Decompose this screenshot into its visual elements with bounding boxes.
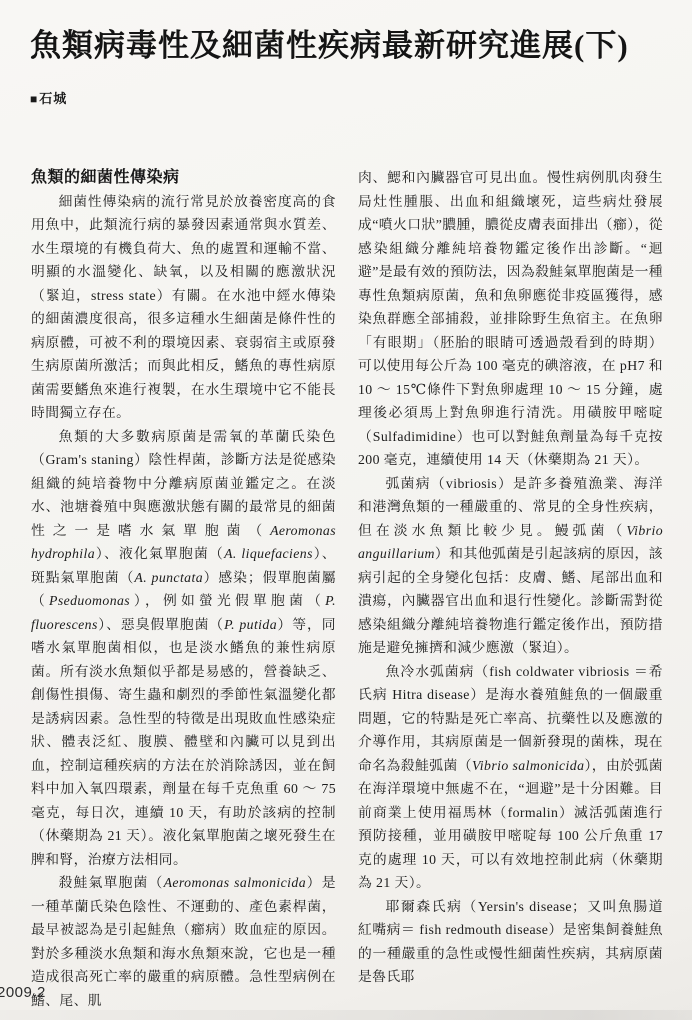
author-byline: ■石城 <box>30 88 67 107</box>
text-run: 肉、鰓和內臟器官可見出血。慢性病例肌肉發生局灶性腫脹、出血和組織壞死，這些病灶發… <box>358 170 663 467</box>
paragraph: 弧菌病（vibriosis）是許多養殖漁業、海洋和港灣魚類的一種嚴重的、常見的全… <box>358 472 663 660</box>
text-run: ）和其他弧菌是引起該病的原因，該病引起的全身變化包括：皮膚、鰭、尾部出血和潰瘍，… <box>358 546 663 655</box>
species-name-italic: Aeromonas salmonicida <box>164 875 306 890</box>
text-run: ），例如螢光假單胞菌（ <box>130 593 325 608</box>
text-run: 魚類的大多數病原菌是需氧的革蘭氏染色（Gram's staning）陰性桿菌，診… <box>31 429 336 538</box>
text-run: 殺鮭氣單胞菌（ <box>59 875 164 890</box>
right-column: 肉、鰓和內臟器官可見出血。慢性病例肌肉發生局灶性腫脹、出血和組織壞死，這些病灶發… <box>358 166 663 1012</box>
text-run: ），由於弧菌在海洋環境中無處不在，“迴避”是十分困難。目前商業上使用福馬林（fo… <box>358 758 663 891</box>
species-name-italic: Pseduomonas <box>49 593 130 608</box>
right-column-paragraphs: 肉、鰓和內臟器官可見出血。慢性病例肌肉發生局灶性腫脹、出血和組織壞死，這些病灶發… <box>358 166 663 989</box>
paragraph: 耶爾森氏病（Yersin's disease；又叫魚腸道紅嘴病＝ fish re… <box>358 895 663 989</box>
author-name: 石城 <box>39 91 67 106</box>
text-run: 弧菌病（vibriosis）是許多養殖漁業、海洋和港灣魚類的一種嚴重的、常見的全… <box>358 476 663 538</box>
article-title: 魚類病毒性及細菌性疾病最新研究進展(下) <box>30 20 680 65</box>
text-run: 耶爾森氏病（Yersin's disease；又叫魚腸道紅嘴病＝ fish re… <box>358 899 663 985</box>
page-footer-issue: 2009.2 <box>0 984 46 1001</box>
paragraph: 魚類的大多數病原菌是需氧的革蘭氏染色（Gram's staning）陰性桿菌，診… <box>31 425 336 872</box>
text-run: 細菌性傳染病的流行常見於放養密度高的食用魚中，此類流行病的暴發因素通常與水質差、… <box>31 194 336 421</box>
species-name-italic: A. punctata <box>134 570 203 585</box>
species-name-italic: A. liquefaciens <box>224 546 313 561</box>
text-run: ）是一種革蘭氏染色陰性、不運動的、產色素桿菌，最早被認為是引起鮭魚（癤病）敗血症… <box>31 875 336 1008</box>
species-name-italic: Vibrio salmonicida <box>472 758 584 773</box>
article-body: 魚類的細菌性傳染病 細菌性傳染病的流行常見於放養密度高的食用魚中，此類流行病的暴… <box>31 166 663 1012</box>
text-run: 魚冷水弧菌病（fish coldwater vibriosis ＝希氏病 Hit… <box>358 664 663 773</box>
species-name-italic: P. putida <box>224 617 277 632</box>
text-run: ）、液化氣單胞菌（ <box>95 546 224 561</box>
text-run: ）、惡臭假單胞菌（ <box>98 617 224 632</box>
left-column: 魚類的細菌性傳染病 細菌性傳染病的流行常見於放養密度高的食用魚中，此類流行病的暴… <box>31 166 336 1012</box>
author-square-marker-icon: ■ <box>30 92 38 106</box>
paragraph: 肉、鰓和內臟器官可見出血。慢性病例肌肉發生局灶性腫脹、出血和組織壞死，這些病灶發… <box>358 166 663 472</box>
paragraph: 細菌性傳染病的流行常見於放養密度高的食用魚中，此類流行病的暴發因素通常與水質差、… <box>31 190 336 425</box>
scanned-article-page: 魚類病毒性及細菌性疾病最新研究進展(下) ■石城 魚類的細菌性傳染病 細菌性傳染… <box>0 0 692 1020</box>
left-column-paragraphs: 細菌性傳染病的流行常見於放養密度高的食用魚中，此類流行病的暴發因素通常與水質差、… <box>31 190 336 1013</box>
section-heading: 魚類的細菌性傳染病 <box>31 166 336 190</box>
paragraph: 魚冷水弧菌病（fish coldwater vibriosis ＝希氏病 Hit… <box>358 660 663 895</box>
text-run: ）等，同嗜水氣單胞菌相似，也是淡水鰭魚的兼性病原菌。所有淡水魚類似乎都是易感的，… <box>31 617 336 867</box>
paragraph: 殺鮭氣單胞菌（Aeromonas salmonicida）是一種革蘭氏染色陰性、… <box>31 871 336 1012</box>
